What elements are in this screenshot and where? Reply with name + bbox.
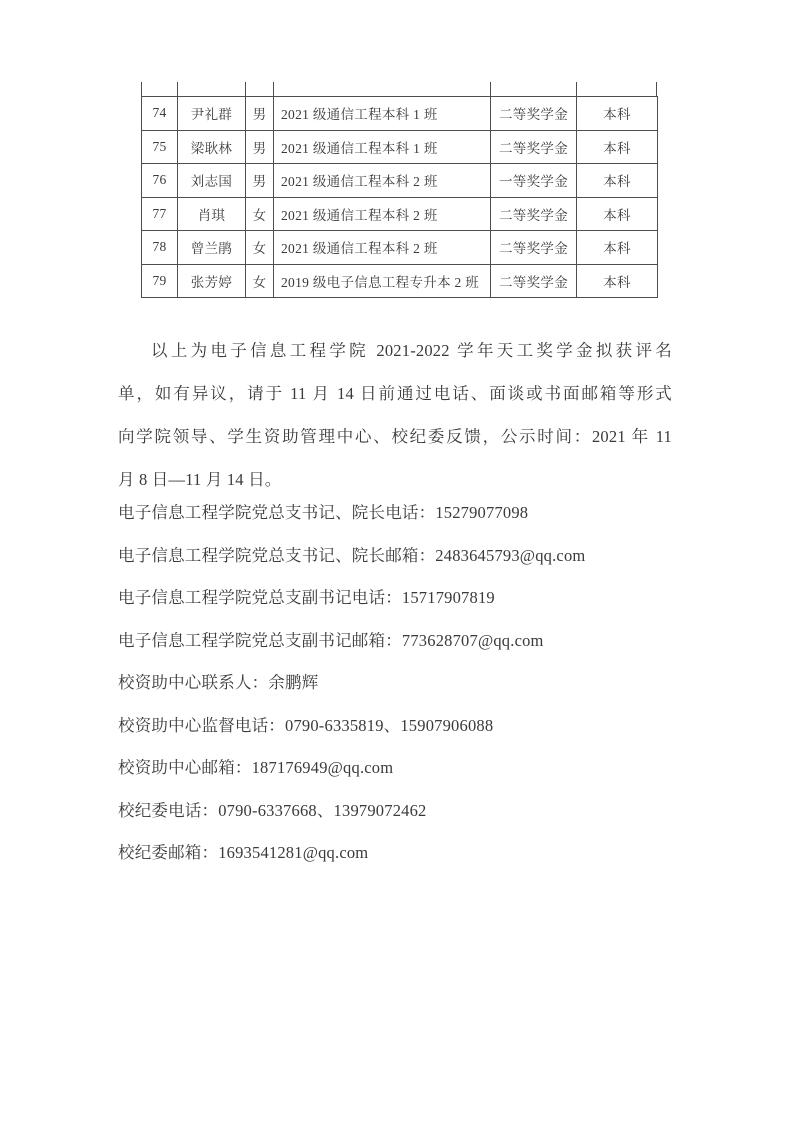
cell-class: 2021 级通信工程本科 1 班 — [274, 97, 491, 131]
cell-award: 二等奖学金 — [491, 197, 577, 231]
cell-award: 一等奖学金 — [491, 164, 577, 198]
table-row: 74 尹礼群 男 2021 级通信工程本科 1 班 二等奖学金 本科 — [142, 97, 658, 131]
table-row: 76 刘志国 男 2021 级通信工程本科 2 班 一等奖学金 本科 — [142, 164, 658, 198]
table-row: 78 曾兰鹃 女 2021 级通信工程本科 2 班 二等奖学金 本科 — [142, 231, 658, 265]
cell-level: 本科 — [577, 130, 658, 164]
notice-line: 单，如有异议，请于 11 月 14 日前通过电话、面谈或书面邮箱等形式 — [118, 372, 672, 415]
contact-line-deputy-secretary-email: 电子信息工程学院党总支副书记邮箱：773628707@qq.com — [118, 620, 678, 663]
contact-line-aid-center-phone: 校资助中心监督电话：0790-6335819、15907906088 — [118, 705, 678, 748]
cell-name: 尹礼群 — [178, 97, 246, 131]
cell-gender: 女 — [246, 264, 274, 298]
cell-level: 本科 — [577, 231, 658, 265]
cell-gender: 女 — [246, 231, 274, 265]
document-page: 74 尹礼群 男 2021 级通信工程本科 1 班 二等奖学金 本科 75 梁耿… — [0, 0, 793, 1122]
cell-level: 本科 — [577, 164, 658, 198]
contact-line-aid-center-email: 校资助中心邮箱：187176949@qq.com — [118, 747, 678, 790]
stub-line — [141, 82, 142, 96]
cell-class: 2019 级电子信息工程专升本 2 班 — [274, 264, 491, 298]
contact-line-discipline-phone: 校纪委电话：0790-6337668、13979072462 — [118, 790, 678, 833]
cell-name: 曾兰鹃 — [178, 231, 246, 265]
contact-line-secretary-dean-email: 电子信息工程学院党总支书记、院长邮箱：2483645793@qq.com — [118, 535, 678, 578]
cell-name: 梁耿林 — [178, 130, 246, 164]
stub-line — [490, 82, 491, 96]
table-row: 77 肖琪 女 2021 级通信工程本科 2 班 二等奖学金 本科 — [142, 197, 658, 231]
cell-name: 肖琪 — [178, 197, 246, 231]
cell-level: 本科 — [577, 264, 658, 298]
cell-index: 78 — [142, 231, 178, 265]
cell-class: 2021 级通信工程本科 2 班 — [274, 197, 491, 231]
scholarship-table: 74 尹礼群 男 2021 级通信工程本科 1 班 二等奖学金 本科 75 梁耿… — [141, 96, 658, 298]
stub-line — [576, 82, 577, 96]
cell-index: 75 — [142, 130, 178, 164]
contact-line-secretary-dean-phone: 电子信息工程学院党总支书记、院长电话：15279077098 — [118, 492, 678, 535]
notice-line: 以上为电子信息工程学院 2021-2022 学年天工奖学金拟获评名 — [118, 329, 672, 372]
cell-award: 二等奖学金 — [491, 97, 577, 131]
cell-award: 二等奖学金 — [491, 264, 577, 298]
table-page-break-stub — [141, 82, 657, 96]
cell-gender: 男 — [246, 164, 274, 198]
cell-class: 2021 级通信工程本科 2 班 — [274, 231, 491, 265]
contact-line-aid-center-contact: 校资助中心联系人：余鹏辉 — [118, 662, 678, 705]
table-row: 75 梁耿林 男 2021 级通信工程本科 1 班 二等奖学金 本科 — [142, 130, 658, 164]
cell-gender: 男 — [246, 97, 274, 131]
cell-gender: 男 — [246, 130, 274, 164]
cell-name: 张芳婷 — [178, 264, 246, 298]
notice-line: 向学院领导、学生资助管理中心、校纪委反馈，公示时间：2021 年 11 — [118, 415, 672, 458]
stub-line — [177, 82, 178, 96]
cell-index: 76 — [142, 164, 178, 198]
cell-level: 本科 — [577, 197, 658, 231]
cell-name: 刘志国 — [178, 164, 246, 198]
contact-line-deputy-secretary-phone: 电子信息工程学院党总支副书记电话：15717907819 — [118, 577, 678, 620]
cell-index: 77 — [142, 197, 178, 231]
cell-award: 二等奖学金 — [491, 231, 577, 265]
cell-award: 二等奖学金 — [491, 130, 577, 164]
cell-class: 2021 级通信工程本科 1 班 — [274, 130, 491, 164]
notice-paragraph: 以上为电子信息工程学院 2021-2022 学年天工奖学金拟获评名 单，如有异议… — [118, 329, 672, 501]
contact-line-discipline-email: 校纪委邮箱：1693541281@qq.com — [118, 832, 678, 875]
table-row: 79 张芳婷 女 2019 级电子信息工程专升本 2 班 二等奖学金 本科 — [142, 264, 658, 298]
stub-line — [656, 82, 657, 96]
cell-gender: 女 — [246, 197, 274, 231]
cell-index: 74 — [142, 97, 178, 131]
contact-list: 电子信息工程学院党总支书记、院长电话：15279077098 电子信息工程学院党… — [118, 492, 678, 875]
cell-level: 本科 — [577, 97, 658, 131]
stub-line — [273, 82, 274, 96]
stub-line — [245, 82, 246, 96]
cell-class: 2021 级通信工程本科 2 班 — [274, 164, 491, 198]
cell-index: 79 — [142, 264, 178, 298]
